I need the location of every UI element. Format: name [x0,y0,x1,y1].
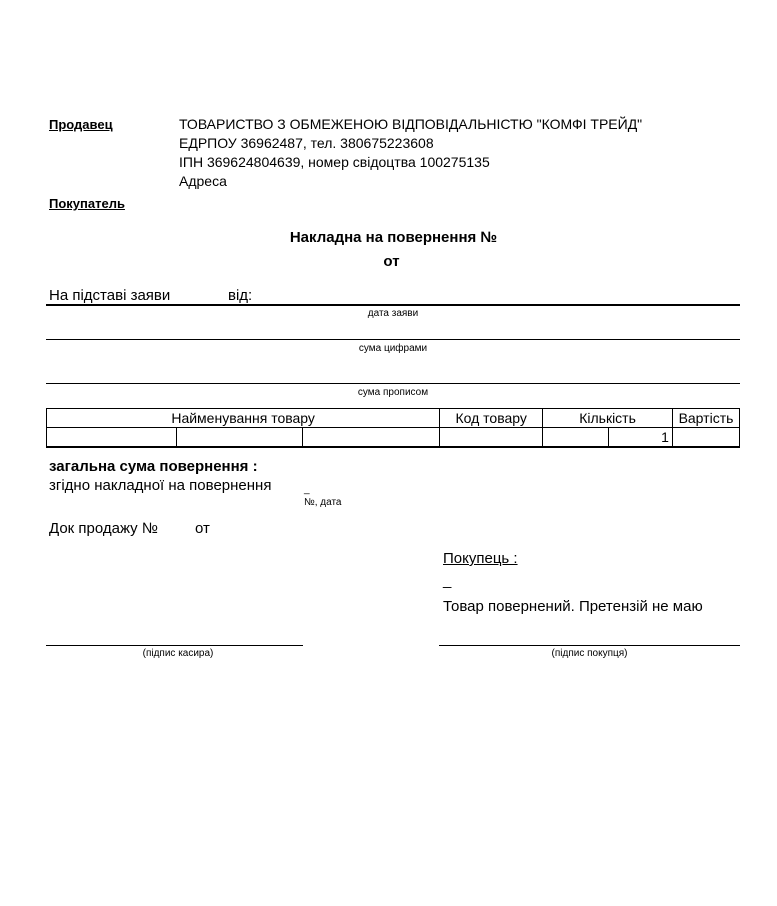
table-cell [543,428,609,448]
sale-doc-from: от [195,520,210,537]
date-line [46,304,740,306]
basis-text: На підставі заяви [49,287,170,304]
according-dash: _ [304,484,310,495]
header-product-name: Найменування товару [47,409,440,428]
sum-words-caption: сума прописом [46,387,740,398]
seller-name: ТОВАРИСТВО З ОБМЕЖЕНОЮ ВІДПОВІДАЛЬНІСТЮ … [179,116,642,132]
buyer-label: Покупатель [49,196,125,211]
customer-dash: _ [443,572,451,589]
header-cost: Вартість [672,409,739,428]
cashier-signature-caption: (підпис касира) [46,648,310,659]
table-cell [672,428,739,448]
seller-edrpou: ЕДРПОУ 36962487, тел. 380675223608 [179,135,434,151]
sale-doc-label: Док продажу № [49,520,158,537]
header-quantity: Кількість [543,409,673,428]
goods-table: Найменування товару Код товару Кількість… [46,408,740,448]
customer-label: Покупець : [443,550,518,567]
table-row: 1 [47,428,740,448]
header-product-code: Код товару [440,409,543,428]
table-cell [176,428,302,448]
seller-label: Продавец [49,117,113,132]
sum-digits-line [46,339,740,340]
customer-statement: Товар повернений. Претензій не маю [443,598,703,615]
customer-signature-caption: (підпис покупця) [439,648,740,659]
sum-digits-caption: сума цифрами [46,343,740,354]
basis-from-label: від: [228,287,252,304]
table-cell [47,428,177,448]
total-label: загальна сума повернення : [49,458,258,475]
table-cell [440,428,543,448]
quantity-cell: 1 [609,428,673,448]
seller-ipn: ІПН 369624804639, номер свідоцтва 100275… [179,154,490,170]
according-text: згідно накладної на повернення [49,477,271,494]
customer-signature-line [439,645,740,646]
document-title: Накладна на повернення № [0,229,777,246]
date-caption: дата заяви [46,308,740,319]
document-subtitle: от [0,253,777,270]
sum-words-line [46,383,740,384]
cashier-signature-line [46,645,303,646]
number-date-caption: №, дата [304,497,342,508]
seller-address: Адреса [179,173,227,189]
table-header-row: Найменування товару Код товару Кількість… [47,409,740,428]
table-cell [302,428,440,448]
